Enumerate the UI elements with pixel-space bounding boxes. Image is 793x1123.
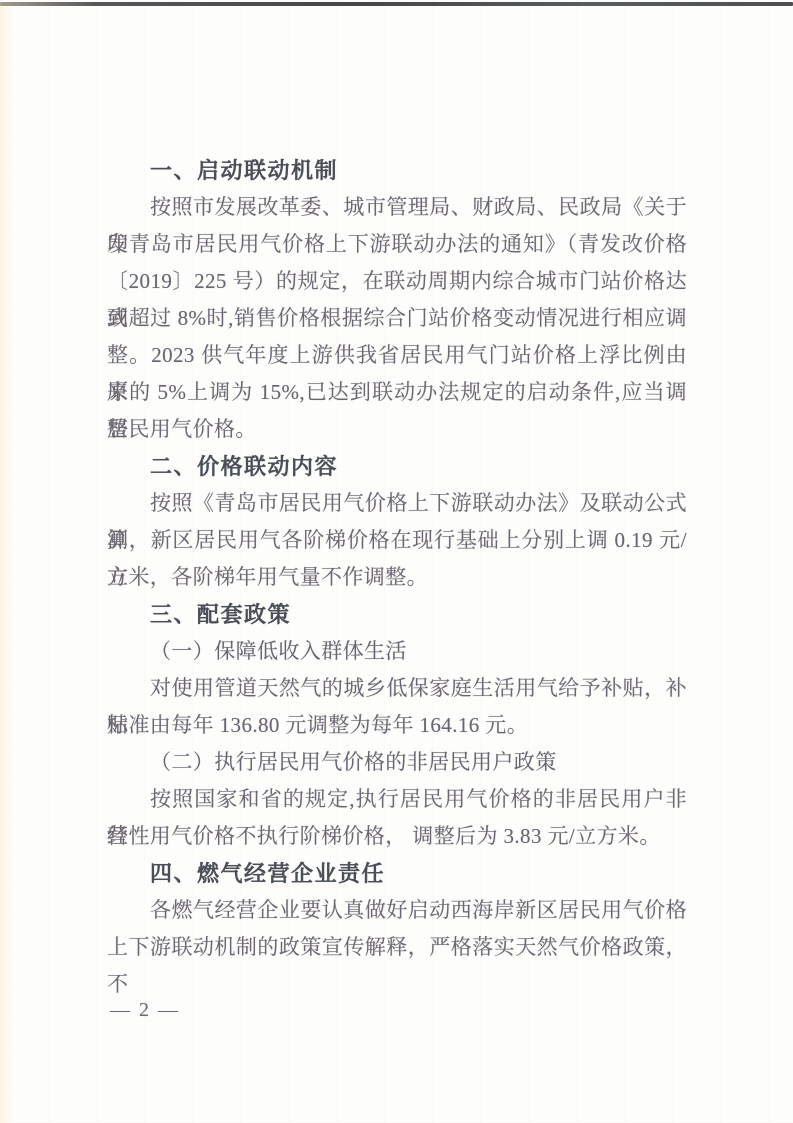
body-line: 居民用气价格。 bbox=[107, 411, 687, 448]
body-line: 发青岛市居民用气价格上下游联动办法的通知》（青发改价格 bbox=[107, 226, 687, 263]
body-line: 整。2023 供气年度上游供我省居民用气门站价格上浮比例由原 bbox=[107, 337, 687, 374]
section-heading-2: 二、价格联动内容 bbox=[107, 448, 687, 485]
body-line: 算，新区居民用气各阶梯价格在现行基础上分别上调 0.19 元/立 bbox=[107, 522, 687, 559]
document-body: 一、启动联动机制 按照市发展改革委、城市管理局、财政局、民政局《关于印 发青岛市… bbox=[107, 152, 687, 966]
body-line: 按照《青岛市居民用气价格上下游联动办法》及联动公式测 bbox=[107, 485, 687, 522]
body-line: 〔2019〕225 号）的规定，在联动周期内综合城市门站价格达到 bbox=[107, 263, 687, 300]
scan-left-tint bbox=[0, 6, 14, 1123]
section-heading-1: 一、启动联动机制 bbox=[107, 152, 687, 189]
scanned-document-page: 一、启动联动机制 按照市发展改革委、城市管理局、财政局、民政局《关于印 发青岛市… bbox=[0, 0, 793, 1123]
body-line: 对使用管道天然气的城乡低保家庭生活用气给予补贴，补贴 bbox=[107, 670, 687, 707]
section-heading-3: 三、配套政策 bbox=[107, 596, 687, 633]
body-line: 或超过 8%时,销售价格根据综合门站价格变动情况进行相应调 bbox=[107, 300, 687, 337]
body-line: 按照国家和省的规定,执行居民用气价格的非居民用户非经 bbox=[107, 781, 687, 818]
page-number: — 2 — bbox=[110, 996, 180, 1024]
body-line: 各燃气经营企业要认真做好启动西海岸新区居民用气价格 bbox=[107, 892, 687, 929]
body-line: 方米，各阶梯年用气量不作调整。 bbox=[107, 559, 687, 596]
section-heading-4: 四、燃气经营企业责任 bbox=[107, 855, 687, 892]
scan-edge-line bbox=[0, 2, 793, 6]
body-line: 上下游联动机制的政策宣传解释，严格落实天然气价格政策，不 bbox=[107, 929, 687, 966]
body-line: 标准由每年 136.80 元调整为每年 164.16 元。 bbox=[107, 707, 687, 744]
body-line: 按照市发展改革委、城市管理局、财政局、民政局《关于印 bbox=[107, 189, 687, 226]
body-line: 来的 5%上调为 15%,已达到联动办法规定的启动条件,应当调整 bbox=[107, 374, 687, 411]
body-line: 营性用气价格不执行阶梯价格， 调整后为 3.83 元/立方米。 bbox=[107, 818, 687, 855]
sub-heading-1: （一）保障低收入群体生活 bbox=[107, 633, 687, 670]
sub-heading-2: （二）执行居民用气价格的非居民用户政策 bbox=[107, 744, 687, 781]
